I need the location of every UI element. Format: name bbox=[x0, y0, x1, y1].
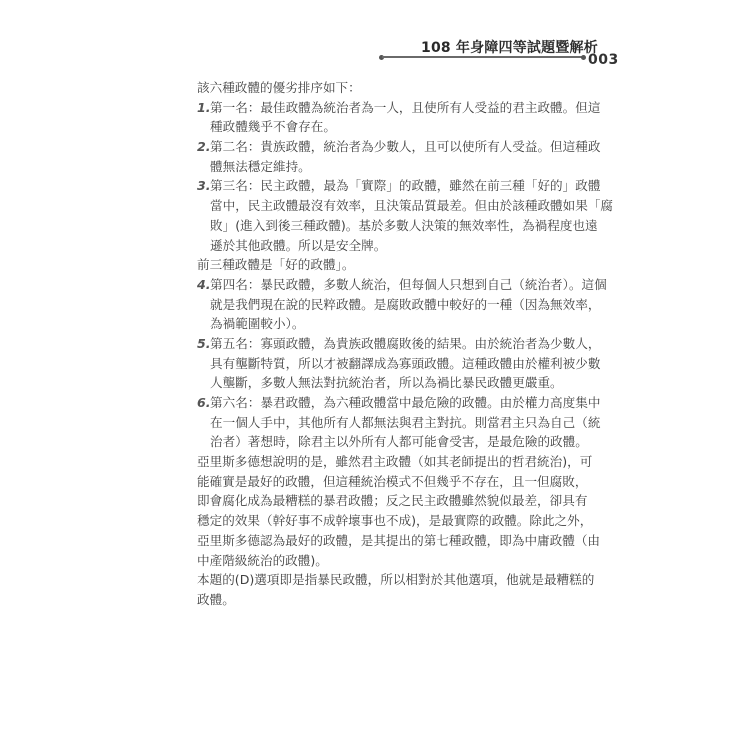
list-item-6-line-1: 6.第六名：暴君政體，為六種政體當中最危險的政體。由於權力高度集中 bbox=[197, 393, 589, 413]
answer-line-1: 本題的(D)選項即是指暴民政體，所以相對於其他選項，他就是最糟糕的 bbox=[197, 570, 589, 590]
list-item-3-line-3: 敗」(進入到後三種政體)。基於多數人決策的無效率性，為禍程度也遠 bbox=[197, 216, 589, 236]
list-item-6-line-2: 在一個人手中，其他所有人都無法與君主對抗。則當君主只為自己（統 bbox=[197, 413, 589, 433]
conclusion-line-1: 亞里斯多德想說明的是，雖然君主政體（如其老師提出的哲君統治)，可 bbox=[197, 452, 589, 472]
answer-line-2: 政體。 bbox=[197, 590, 589, 610]
conclusion-line-6: 中產階級統治的政體)。 bbox=[197, 551, 589, 571]
list-item-5-line-2: 具有壟斷特質，所以才被翻譯成為寡頭政體。這種政體由於權利被少數 bbox=[197, 354, 589, 374]
list-item-5-line-1: 5.第五名：寡頭政體，為貴族政體腐敗後的結果。由於統治者為少數人， bbox=[197, 334, 589, 354]
list-number: 4. bbox=[197, 275, 211, 295]
list-number: 1. bbox=[197, 98, 211, 118]
list-item-5-line-3: 人壟斷，多數人無法對抗統治者，所以為禍比暴民政體更嚴重。 bbox=[197, 373, 589, 393]
list-item-4-line-2: 就是我們現在說的民粹政體。是腐敗政體中較好的一種（因為無效率， bbox=[197, 295, 589, 315]
header-rule bbox=[382, 56, 583, 58]
header-rule-right-dot bbox=[581, 55, 586, 60]
middle-paragraph: 前三種政體是「好的政體」。 bbox=[197, 255, 589, 275]
list-text: 第五名：寡頭政體，為貴族政體腐敗後的結果。由於統治者為少數人， bbox=[210, 336, 600, 351]
list-text: 第二名：貴族政體，統治者為少數人，且可以使所有人受益。但這種政 bbox=[210, 139, 600, 154]
list-text: 第三名：民主政體，最為「實際」的政體，雖然在前三種「好的」政體 bbox=[210, 178, 600, 193]
list-item-2-line-2: 體無法穩定維持。 bbox=[197, 157, 589, 177]
list-item-1-line-1: 1.第一名：最佳政體為統治者為一人，且使所有人受益的君主政體。但這 bbox=[197, 98, 589, 118]
conclusion-line-4: 穩定的效果（幹好事不成幹壞事也不成)，是最實際的政體。除此之外， bbox=[197, 511, 589, 531]
list-number: 2. bbox=[197, 137, 211, 157]
page-number: 003 bbox=[588, 52, 619, 68]
list-item-3-line-2: 當中，民主政體最沒有效率，且決策品質最差。但由於該種政體如果「腐 bbox=[197, 196, 589, 216]
intro-paragraph: 該六種政體的優劣排序如下： bbox=[197, 78, 589, 98]
list-item-2-line-1: 2.第二名：貴族政體，統治者為少數人，且可以使所有人受益。但這種政 bbox=[197, 137, 589, 157]
book-page: 108 年身障四等試題暨解析 003 該六種政體的優劣排序如下： 1.第一名：最… bbox=[0, 0, 750, 750]
list-number: 6. bbox=[197, 393, 211, 413]
running-header-title: 108 年身障四等試題暨解析 bbox=[421, 37, 598, 57]
conclusion-line-3: 即會腐化成為最糟糕的暴君政體；反之民主政體雖然貌似最差，卻具有 bbox=[197, 491, 589, 511]
list-item-4-line-3: 為禍範圍較小）。 bbox=[197, 314, 589, 334]
list-item-4-line-1: 4.第四名：暴民政體，多數人統治，但每個人只想到自己（統治者）。這個 bbox=[197, 275, 589, 295]
list-text: 第四名：暴民政體，多數人統治，但每個人只想到自己（統治者）。這個 bbox=[210, 277, 607, 292]
list-item-6-line-3: 治者）著想時，除君主以外所有人都可能會受害，是最危險的政體。 bbox=[197, 432, 589, 452]
list-item-3-line-4: 遜於其他政體。所以是安全牌。 bbox=[197, 236, 589, 256]
conclusion-line-2: 能確實是最好的政體，但這種統治模式不但幾乎不存在，且一但腐敗， bbox=[197, 472, 589, 492]
conclusion-line-5: 亞里斯多德認為最好的政體，是其提出的第七種政體，即為中庸政體（由 bbox=[197, 531, 589, 551]
list-item-1-line-2: 種政體幾乎不會存在。 bbox=[197, 117, 589, 137]
list-number: 5. bbox=[197, 334, 211, 354]
list-text: 第六名：暴君政體，為六種政體當中最危險的政體。由於權力高度集中 bbox=[210, 395, 600, 410]
list-number: 3. bbox=[197, 176, 211, 196]
list-item-3-line-1: 3.第三名：民主政體，最為「實際」的政體，雖然在前三種「好的」政體 bbox=[197, 176, 589, 196]
page-body: 該六種政體的優劣排序如下： 1.第一名：最佳政體為統治者為一人，且使所有人受益的… bbox=[197, 78, 589, 610]
list-text: 第一名：最佳政體為統治者為一人，且使所有人受益的君主政體。但這 bbox=[210, 100, 600, 115]
